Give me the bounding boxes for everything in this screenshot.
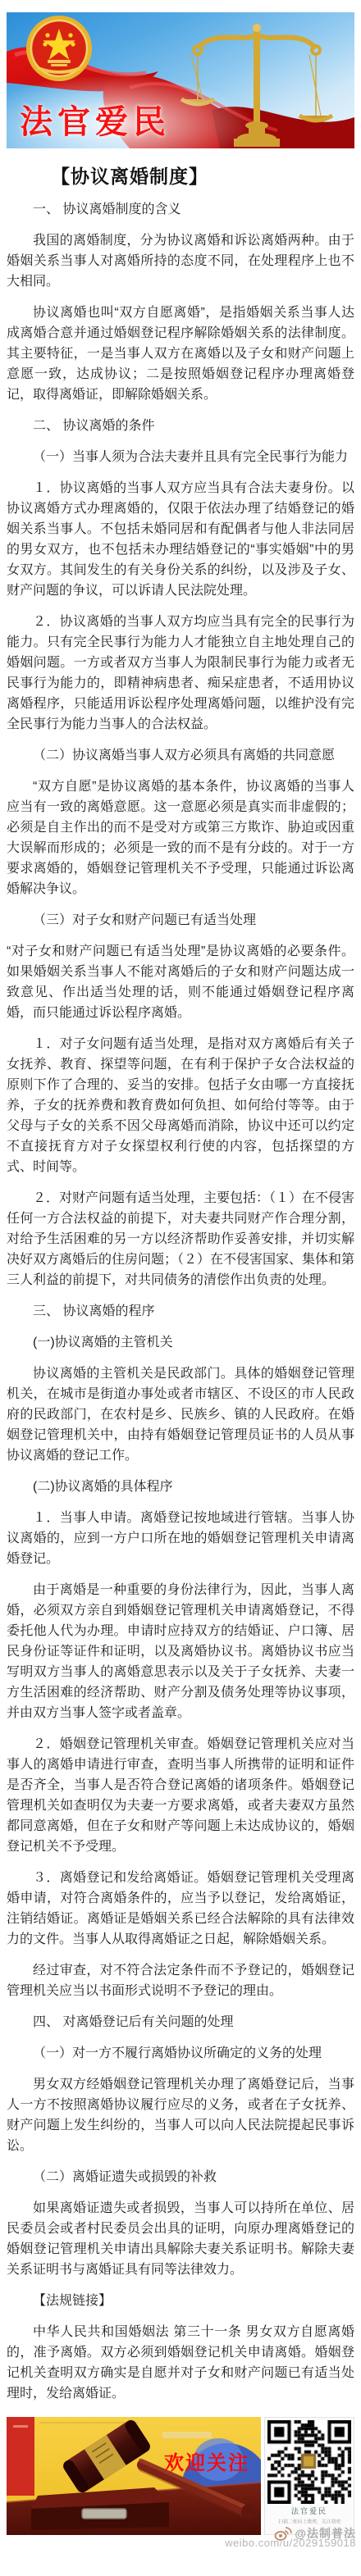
page-title: 【协议离婚制度】 <box>7 162 354 189</box>
subsection-heading: 【法规链接】 <box>7 2291 354 2311</box>
subsection-heading: (一)协议离婚的主管机关 <box>7 1332 354 1353</box>
paragraph: ２．协议离婚的当事人双方均应当具有完全的民事行为能力。只有完全民事行为能力人才能… <box>7 612 354 735</box>
watermark-url: weibo.com/u/2029159018 <box>0 2537 356 2549</box>
follow-text: 欢迎关注 <box>164 2446 249 2475</box>
subsection-heading: （一）对一方不履行离婚协议所确定的义务的处理 <box>7 2043 354 2064</box>
section-heading: 三、 协议离婚的程序 <box>7 1301 354 1322</box>
paragraph: 经过审查，对不符合法定条件而不予登记的，婚姻登记管理机关应当以书面形式说明不予登… <box>7 1960 354 2001</box>
footer-strip: 欢迎关注 法官爱民 扫描二维码上微博，关注我吧 <box>0 2417 361 2535</box>
subsection-heading: （二）离婚证遗失或损毁的补救 <box>7 2167 354 2187</box>
gavel-icon <box>7 2417 261 2535</box>
header-banner: 法官爱民 <box>7 12 354 148</box>
paragraph: ２．对财产问题有适当处理，主要包括：（１）在不侵害任何一方合法权益的前提下，对夫… <box>7 1188 354 1290</box>
paragraph: 协议离婚的主管机关是民政部门。具体的婚姻登记管理机关，在城市是街道办事处或者市辖… <box>7 1363 354 1466</box>
article-body: 一、 协议离婚制度的含义我国的离婚制度，分为协议离婚和诉讼离婚两种。由于婚姻关系… <box>0 199 361 2404</box>
qr-caption-title: 法官爱民 <box>291 2505 327 2516</box>
qr-panel: 法官爱民 扫描二维码上微博，关注我吧 <box>264 2417 354 2535</box>
subsection-heading: (二)协议离婚的具体程序 <box>7 1477 354 1497</box>
article-page: 法官爱民 【协议离婚制度】 一、 协议离婚制度的含义我国的离婚制度，分为协议离婚… <box>0 0 361 2576</box>
paragraph: ３．离婚登记和发给离婚证。婚姻登记管理机关受理离婚申请，对符合离婚条件的，应当予… <box>7 1868 354 1950</box>
national-emblem-icon <box>26 16 92 81</box>
subsection-heading: （二）协议离婚当事人双方必须具有离婚的共同意愿 <box>7 745 354 766</box>
paragraph: ２．婚姻登记管理机关审查。婚姻登记管理机关应对当事人的离婚申请进行审查，查明当事… <box>7 1734 354 1857</box>
paragraph: １．当事人申请。离婚登记按地域进行管辖。当事人协议离婚的，应到一方户口所在地的婚… <box>7 1508 354 1569</box>
banner-slogan: 法官爱民 <box>20 106 171 139</box>
paragraph: 由于离婚是一种重要的身份法律行为，因此，当事人离婚，必须双方亲自到婚姻登记管理机… <box>7 1580 354 1723</box>
paragraph: “对子女和财产问题已有适当处理”是协议离婚的必要条件。如果婚姻关系当事人不能对离… <box>7 941 354 1023</box>
qr-code-icon <box>267 2420 351 2504</box>
gavel-photo: 欢迎关注 <box>7 2417 261 2535</box>
paragraph: “双方自愿”是协议离婚的基本条件，协议离婚的当事人应当有一致的离婚意愿。这一意愿… <box>7 776 354 899</box>
paragraph: １．协议离婚的当事人双方应当具有合法夫妻身份。以协议离婚方式办理离婚的，仅限于依… <box>7 478 354 601</box>
paragraph: 男女双方经婚姻登记管理机关办理了离婚登记后，当事人一方不按照离婚协议履行应尽的义… <box>7 2074 354 2156</box>
paragraph: １．对子女问题有适当处理，是指对双方离婚后有关子女抚养、教育、探望等问题，在有利… <box>7 1034 354 1177</box>
paragraph: 中华人民共和国婚姻法 第三十一条 男女双方自愿离婚的，准予离婚。双方必须到婚姻登… <box>7 2322 354 2404</box>
section-heading: 二、 协议离婚的条件 <box>7 416 354 436</box>
subsection-heading: （三）对子女和财产问题已有适当处理 <box>7 910 354 931</box>
section-heading: 四、 对离婚登记后有关问题的处理 <box>7 2012 354 2032</box>
paragraph: 我国的离婚制度，分为协议离婚和诉讼离婚两种。由于婚姻关系当事人对离婚所持的态度不… <box>7 230 354 292</box>
paragraph: 协议离婚也叫“双方自愿离婚”，是指婚姻关系当事人达成离婚合意并通过婚姻登记程序解… <box>7 303 354 405</box>
paragraph: 如果离婚证遗失或者损毁，当事人可以持所在单位、居民委员会或者村民委员会出具的证明… <box>7 2198 354 2280</box>
subsection-heading: （一）当事人须为合法夫妻并且具有完全民事行为能力 <box>7 447 354 467</box>
section-heading: 一、 协议离婚制度的含义 <box>7 199 354 220</box>
weibo-watermark: @法制普法 weibo.com/u/2029159018 <box>0 2524 361 2556</box>
